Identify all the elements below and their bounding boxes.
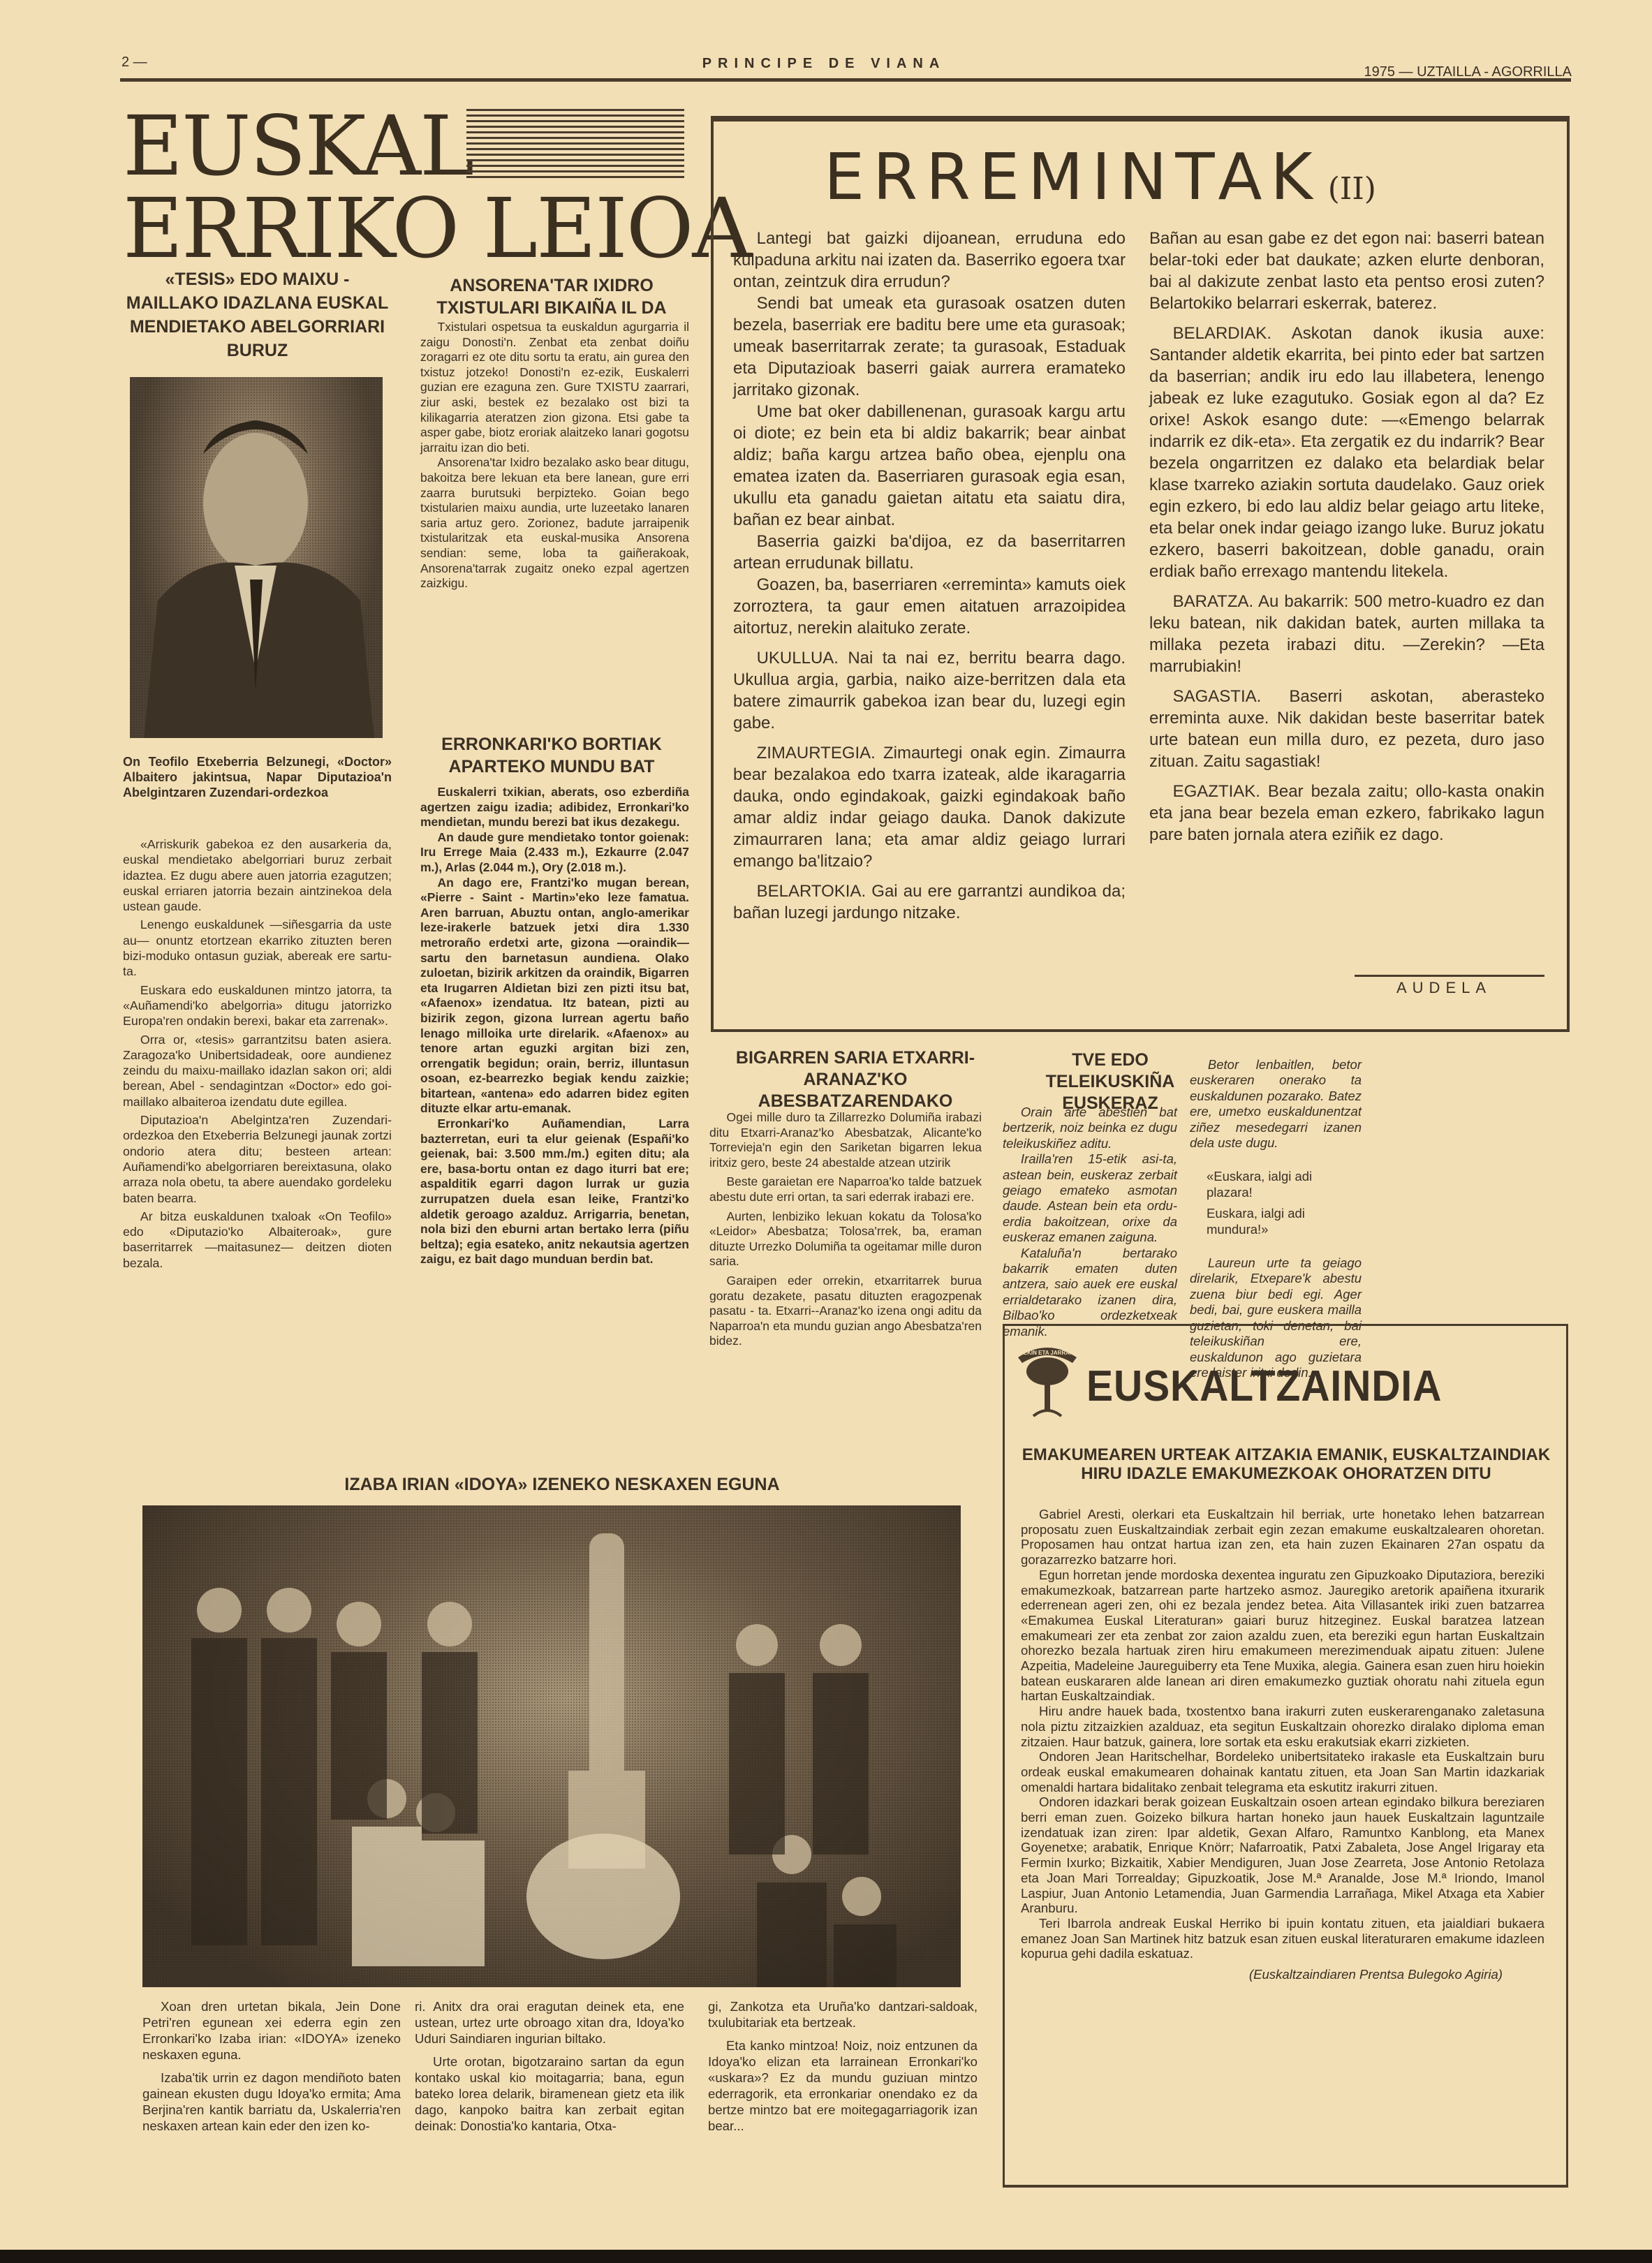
paragraph: An dago ere, Frantzi'ko mugan berean, «P…: [420, 876, 689, 1117]
etxepare-quote: «Euskara, ialgi adi plazara! Euskara, ia…: [1207, 1169, 1362, 1237]
paragraph: Betor lenbaitlen, betor euskeraren onera…: [1190, 1057, 1362, 1151]
erronkari-body: Euskalerri txikian, aberats, oso ezberdi…: [420, 785, 689, 1267]
paragraph: Irailla'ren 15-etik asi-ta, astean bein,…: [1003, 1151, 1177, 1245]
page-number: 2 —: [121, 54, 147, 71]
paragraph: Urte orotan, bigotzaraino sartan da egun…: [415, 2054, 684, 2134]
erronkari-title: ERRONKARI'KO BORTIAK APARTEKO MUNDU BAT: [412, 733, 691, 778]
press-source: (Euskaltzaindiaren Prentsa Bulegoko Agir…: [1021, 1967, 1503, 1982]
paragraph: UKULLUA. Nai ta nai ez, berritu bearra d…: [733, 647, 1126, 734]
group-figures-icon: [142, 1505, 961, 1987]
paragraph: BARATZA. Au bakarrik: 500 metro-kuadro e…: [1149, 591, 1544, 677]
paragraph: Txistulari ospetsua ta euskaldun agurgar…: [420, 320, 689, 455]
paragraph: Ansorena'tar Ixidro bezalako asko bear d…: [420, 455, 689, 591]
paragraph: Ondoren idazkari berak goizean Euskaltza…: [1021, 1794, 1544, 1916]
bigarren-title: BIGARREN SARIA ETXARRI-ARANAZ'KO ABESBAT…: [712, 1047, 998, 1112]
paragraph: Euskalerri txikian, aberats, oso ezberdi…: [420, 785, 689, 830]
paragraph: Eta kanko mintzoa! Noiz, noiz entzunen d…: [708, 2037, 978, 2134]
ansorena-title: ANSORENA'TAR IXIDRO TXISTULARI BIKAIÑA I…: [412, 274, 691, 319]
paragraph: Orra or, «tesis» garrantzitsu baten asie…: [123, 1032, 392, 1110]
tesis-title: «TESIS» EDO MAIXU - MAILLAKO IDAZLANA EU…: [123, 267, 392, 362]
signature-rule: [1355, 975, 1544, 977]
euskaltzaindia-body: Gabriel Aresti, olerkari eta Euskaltzain…: [1021, 1507, 1544, 1982]
paragraph: Ondoren Jean Haritschelhar, Bordeleko un…: [1021, 1749, 1544, 1794]
paragraph: Teri Ibarrola andreak Euskal Herriko bi …: [1021, 1916, 1544, 1961]
paragraph: Orain arte abestien bat bertzerik, noiz …: [1003, 1105, 1177, 1151]
oak-tree-icon: EKIN ETA JARRAI: [1012, 1338, 1082, 1422]
portrait-photo: [130, 377, 383, 738]
paragraph: An daude gure mendietako tontor goienak:…: [420, 830, 689, 876]
paragraph: Lantegi bat gaizki dijoanean, erruduna e…: [733, 228, 1126, 293]
tve-col1: Orain arte abestien bat bertzerik, noiz …: [1003, 1105, 1177, 1339]
paragraph: Bañan au esan gabe ez det egon nai: base…: [1149, 228, 1544, 314]
paragraph: SAGASTIA. Baserri askotan, aberasteko er…: [1149, 686, 1544, 772]
paragraph: Sendi bat umeak eta gurasoak osatzen dut…: [733, 293, 1126, 401]
paragraph: Euskara edo euskaldunen mintzo jatorra, …: [123, 982, 392, 1029]
paragraph: Ume bat oker dabillenenan, gurasoak karg…: [733, 401, 1126, 531]
tesis-body: «Arriskurik gabekoa ez den ausarkeria da…: [123, 836, 392, 1271]
paragraph: Hiru andre hauek bada, txostentxo bana i…: [1021, 1704, 1544, 1749]
publication-name: PRINCIPE DE VIANA: [545, 56, 1103, 72]
masthead-line1: EUSKAL: [123, 105, 473, 187]
izaba-col1: Xoan dren urtetan bikala, Jein Done Petr…: [142, 1998, 401, 2134]
idoya-group-photo: [142, 1505, 961, 1987]
erremintak-title-text: ERREMINTAK: [824, 140, 1321, 214]
quote-line: «Euskara, ialgi adi plazara!: [1207, 1169, 1362, 1200]
portrait-caption: On Teofilo Etxeberria Belzunegi, «Doctor…: [123, 754, 392, 800]
paragraph: Baserria gaizki ba'dijoa, ez da baserrit…: [733, 531, 1126, 574]
paragraph: Egun horretan jende mordoska dexentea in…: [1021, 1568, 1544, 1704]
paragraph: Goazen, ba, baserriaren «erreminta» kamu…: [733, 574, 1126, 639]
erremintak-col1: Lantegi bat gaizki dijoanean, erruduna e…: [733, 228, 1126, 924]
logo-motto: EKIN ETA JARRAI: [1024, 1350, 1071, 1356]
paragraph: ri. Anitx dra orai eragutan deinek eta, …: [415, 1998, 684, 2047]
paragraph: Xoan dren urtetan bikala, Jein Done Petr…: [142, 1998, 401, 2063]
masthead-line2: ERRIKO LEIOA: [123, 187, 751, 270]
quote-line: Euskara, ialgi adi mundura!»: [1207, 1206, 1362, 1237]
paragraph: BELARTOKIA. Gai au ere garrantzi aundiko…: [733, 880, 1126, 924]
euskaltzaindia-logo: EKIN ETA JARRAI: [1012, 1338, 1082, 1422]
paragraph: ZIMAURTEGIA. Zimaurtegi onak egin. Zimau…: [733, 742, 1126, 872]
paragraph: Gabriel Aresti, olerkari eta Euskaltzain…: [1021, 1507, 1544, 1568]
paragraph: Garaipen eder orrekin, etxarritarrek bur…: [709, 1274, 982, 1349]
paragraph: Ogei mille duro ta Zillarrezko Dolumiña …: [709, 1110, 982, 1170]
paragraph: Erronkari'ko Auñamendian, Larra bazterre…: [420, 1116, 689, 1267]
bigarren-body: Ogei mille duro ta Zillarrezko Dolumiña …: [709, 1110, 982, 1349]
paragraph: gi, Zankotza eta Uruña'ko dantzari-saldo…: [708, 1998, 978, 2030]
izaba-col3: gi, Zankotza eta Uruña'ko dantzari-saldo…: [708, 1998, 978, 2134]
masthead-hatch-decoration: [466, 109, 684, 182]
paragraph: «Arriskurik gabekoa ez den ausarkeria da…: [123, 836, 392, 914]
paragraph: Diputazioa'n Abelgintza'ren Zuzendari-or…: [123, 1112, 392, 1206]
paragraph: BELARDIAK. Askotan danok ikusia auxe: Sa…: [1149, 323, 1544, 582]
erremintak-col2: Bañan au esan gabe ez det egon nai: base…: [1149, 228, 1544, 846]
paragraph: Izaba'tik urrin ez dagon mendiñoto baten…: [142, 2070, 401, 2134]
paragraph: Beste garaietan ere Naparroa'ko talde ba…: [709, 1174, 982, 1204]
euskaltzaindia-masthead: EUSKALTZAINDIA: [1086, 1362, 1442, 1411]
paragraph: EGAZTIAK. Bear bezala zaitu; ollo-kasta …: [1149, 781, 1544, 846]
paragraph: Aurten, lenbiziko lekuan kokatu da Tolos…: [709, 1209, 982, 1269]
paragraph: Lenengo euskaldunek —siñesgarria da uste…: [123, 917, 392, 979]
header-rule: [120, 78, 1571, 82]
erremintak-signature: AUDELA: [1396, 979, 1491, 997]
portrait-figure-icon: [130, 377, 383, 738]
page-bottom-edge: [0, 2250, 1652, 2263]
erremintak-title: ERREMINTAK(II): [824, 140, 1376, 214]
erremintak-part: (II): [1328, 171, 1376, 207]
paragraph: Ar bitza euskaldunen txaloak «On Teofilo…: [123, 1209, 392, 1271]
ansorena-body: Txistulari ospetsua ta euskaldun agurgar…: [420, 320, 689, 591]
euskaltzaindia-title: EMAKUMEAREN URTEAK AITZAKIA EMANIK, EUSK…: [1021, 1445, 1551, 1483]
izaba-col2: ri. Anitx dra orai eragutan deinek eta, …: [415, 1998, 684, 2134]
izaba-title: IZABA IRIAN «IDOYA» IZENEKO NESKAXEN EGU…: [133, 1475, 991, 1495]
